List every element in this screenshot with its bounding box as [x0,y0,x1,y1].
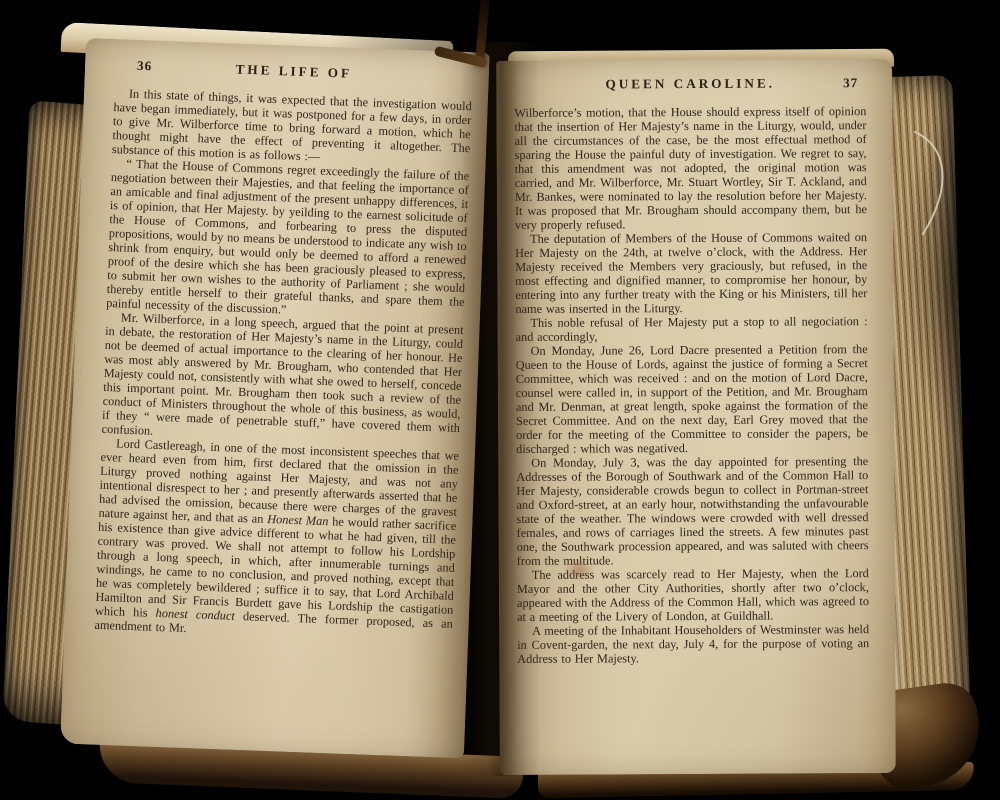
page-paragraph: Lord Castlereagh, in one of the most inc… [94,436,459,645]
right-page-text: Wilberforce’s motion, that the House sho… [514,104,869,666]
right-running-header: QUEEN CAROLINE. [514,75,866,93]
right-page-number: 37 [843,75,858,91]
page-paragraph: A meeting of the Inhabitant Householders… [517,622,869,666]
bookmark-thread-icon [903,128,965,240]
page-paragraph: Wilberforce’s motion, that the House sho… [514,104,867,232]
page-paragraph: The address was scarcely read to Her Maj… [517,566,869,624]
left-page-text: In this state of things, it was expected… [94,86,472,645]
left-running-header: THE LIFE OF [115,57,473,86]
left-page: 36 THE LIFE OF In this state of things, … [60,38,490,758]
right-page-header: QUEEN CAROLINE. 37 [514,75,866,97]
page-paragraph: In this state of things, it was expected… [112,86,472,169]
page-paragraph: On Monday, July 3, was the day appointed… [516,454,869,568]
page-paragraph: On Monday, June 26, Lord Dacre presented… [516,342,869,456]
right-page: QUEEN CAROLINE. 37 Wilberforce’s motion,… [496,59,896,775]
left-page-header: 36 THE LIFE OF [115,57,473,90]
page-paragraph: “ That the House of Commons regret excee… [106,156,469,323]
page-paragraph: The deputation of Members of the House o… [515,230,867,316]
page-paragraph: Mr. Wilberforce, in a long speech, argue… [101,310,463,449]
page-paragraph: This noble refusal of Her Majesty put a … [515,314,867,344]
book-photo: 36 THE LIFE OF In this state of things, … [0,0,1000,800]
left-page-number: 36 [137,58,153,75]
